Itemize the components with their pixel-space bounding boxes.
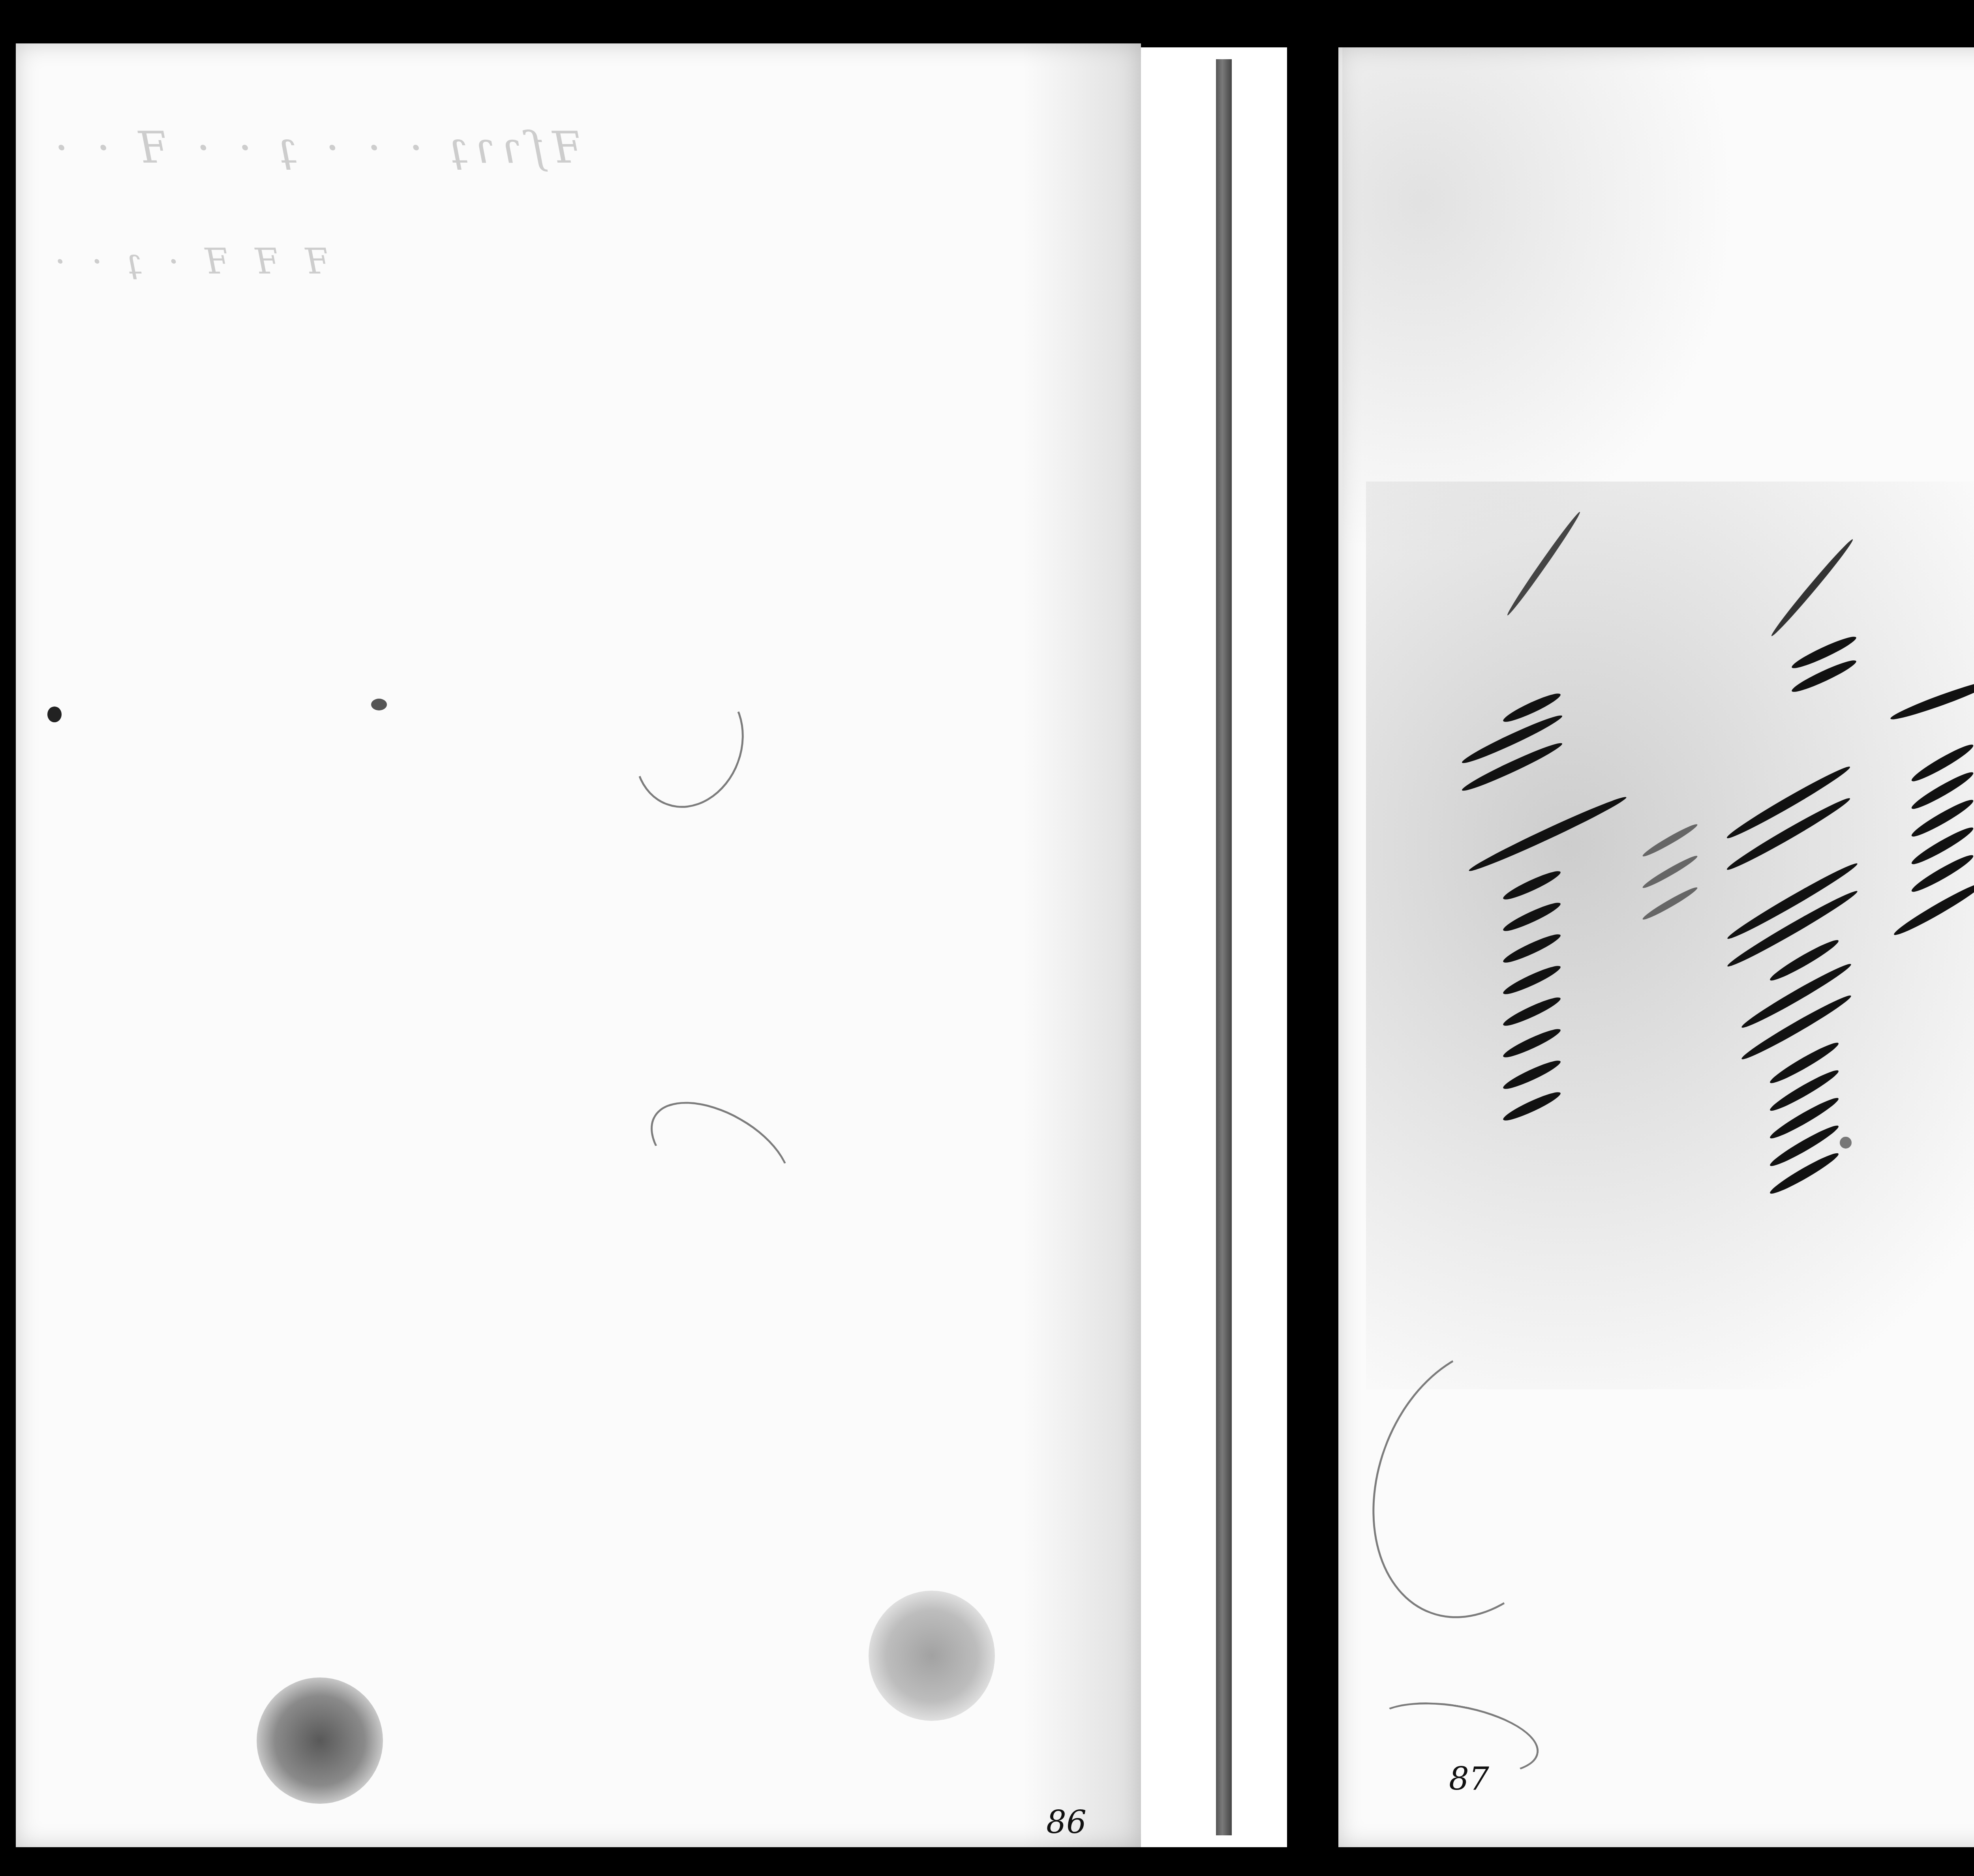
paper-fiber bbox=[617, 665, 762, 823]
calligraphy-stroke bbox=[1501, 867, 1563, 903]
page-edge-shading bbox=[1023, 43, 1141, 1847]
book-spine bbox=[1216, 59, 1232, 1835]
calligraphy-stroke bbox=[1501, 1088, 1563, 1124]
calligraphy-stroke bbox=[1501, 930, 1563, 966]
page-number-left: 86 bbox=[1046, 1804, 1086, 1840]
speck bbox=[371, 699, 387, 710]
paper-fiber bbox=[633, 1080, 808, 1229]
ink-stain bbox=[257, 1677, 383, 1804]
speck bbox=[1840, 1137, 1852, 1149]
calligraphy-stroke bbox=[1460, 739, 1565, 795]
right-page: Turn bbox=[1338, 47, 1974, 1847]
calligraphy-stroke bbox=[1505, 510, 1583, 617]
gutter bbox=[1141, 47, 1287, 1847]
calligraphy-stroke bbox=[1501, 993, 1563, 1029]
rotated-calligraphic-heading: Turn bbox=[1402, 482, 1974, 1310]
calligraphy-stroke bbox=[1641, 821, 1699, 859]
calligraphy-stroke bbox=[1891, 879, 1974, 939]
calligraphy-stroke bbox=[1769, 537, 1855, 639]
calligraphy-stroke bbox=[1501, 1057, 1563, 1093]
calligraphy-stroke bbox=[1501, 962, 1563, 998]
calligraphy-stroke bbox=[1467, 793, 1629, 875]
bleed-through-text-line-2: ꟻ ꟻ ꟻ · ʇ · · bbox=[47, 241, 330, 282]
faded-stain bbox=[869, 1591, 995, 1721]
left-page: ꟻſɿɿʇ · · · ʇ · · ꟻ · · ꟻ ꟻ ꟻ · ʇ · · 86 bbox=[16, 43, 1141, 1847]
bleed-through-text-line-1: ꟻſɿɿʇ · · · ʇ · · ꟻ · · bbox=[47, 122, 582, 173]
calligraphy-stroke bbox=[1739, 991, 1854, 1064]
calligraphy-stroke bbox=[1641, 853, 1699, 891]
calligraphy-stroke bbox=[1501, 899, 1563, 935]
speck bbox=[47, 707, 62, 722]
page-number-right: 87 bbox=[1449, 1760, 1489, 1797]
calligraphy-stroke bbox=[1641, 885, 1699, 922]
calligraphy-stroke bbox=[1889, 676, 1974, 723]
calligraphy-stroke bbox=[1501, 1025, 1563, 1061]
